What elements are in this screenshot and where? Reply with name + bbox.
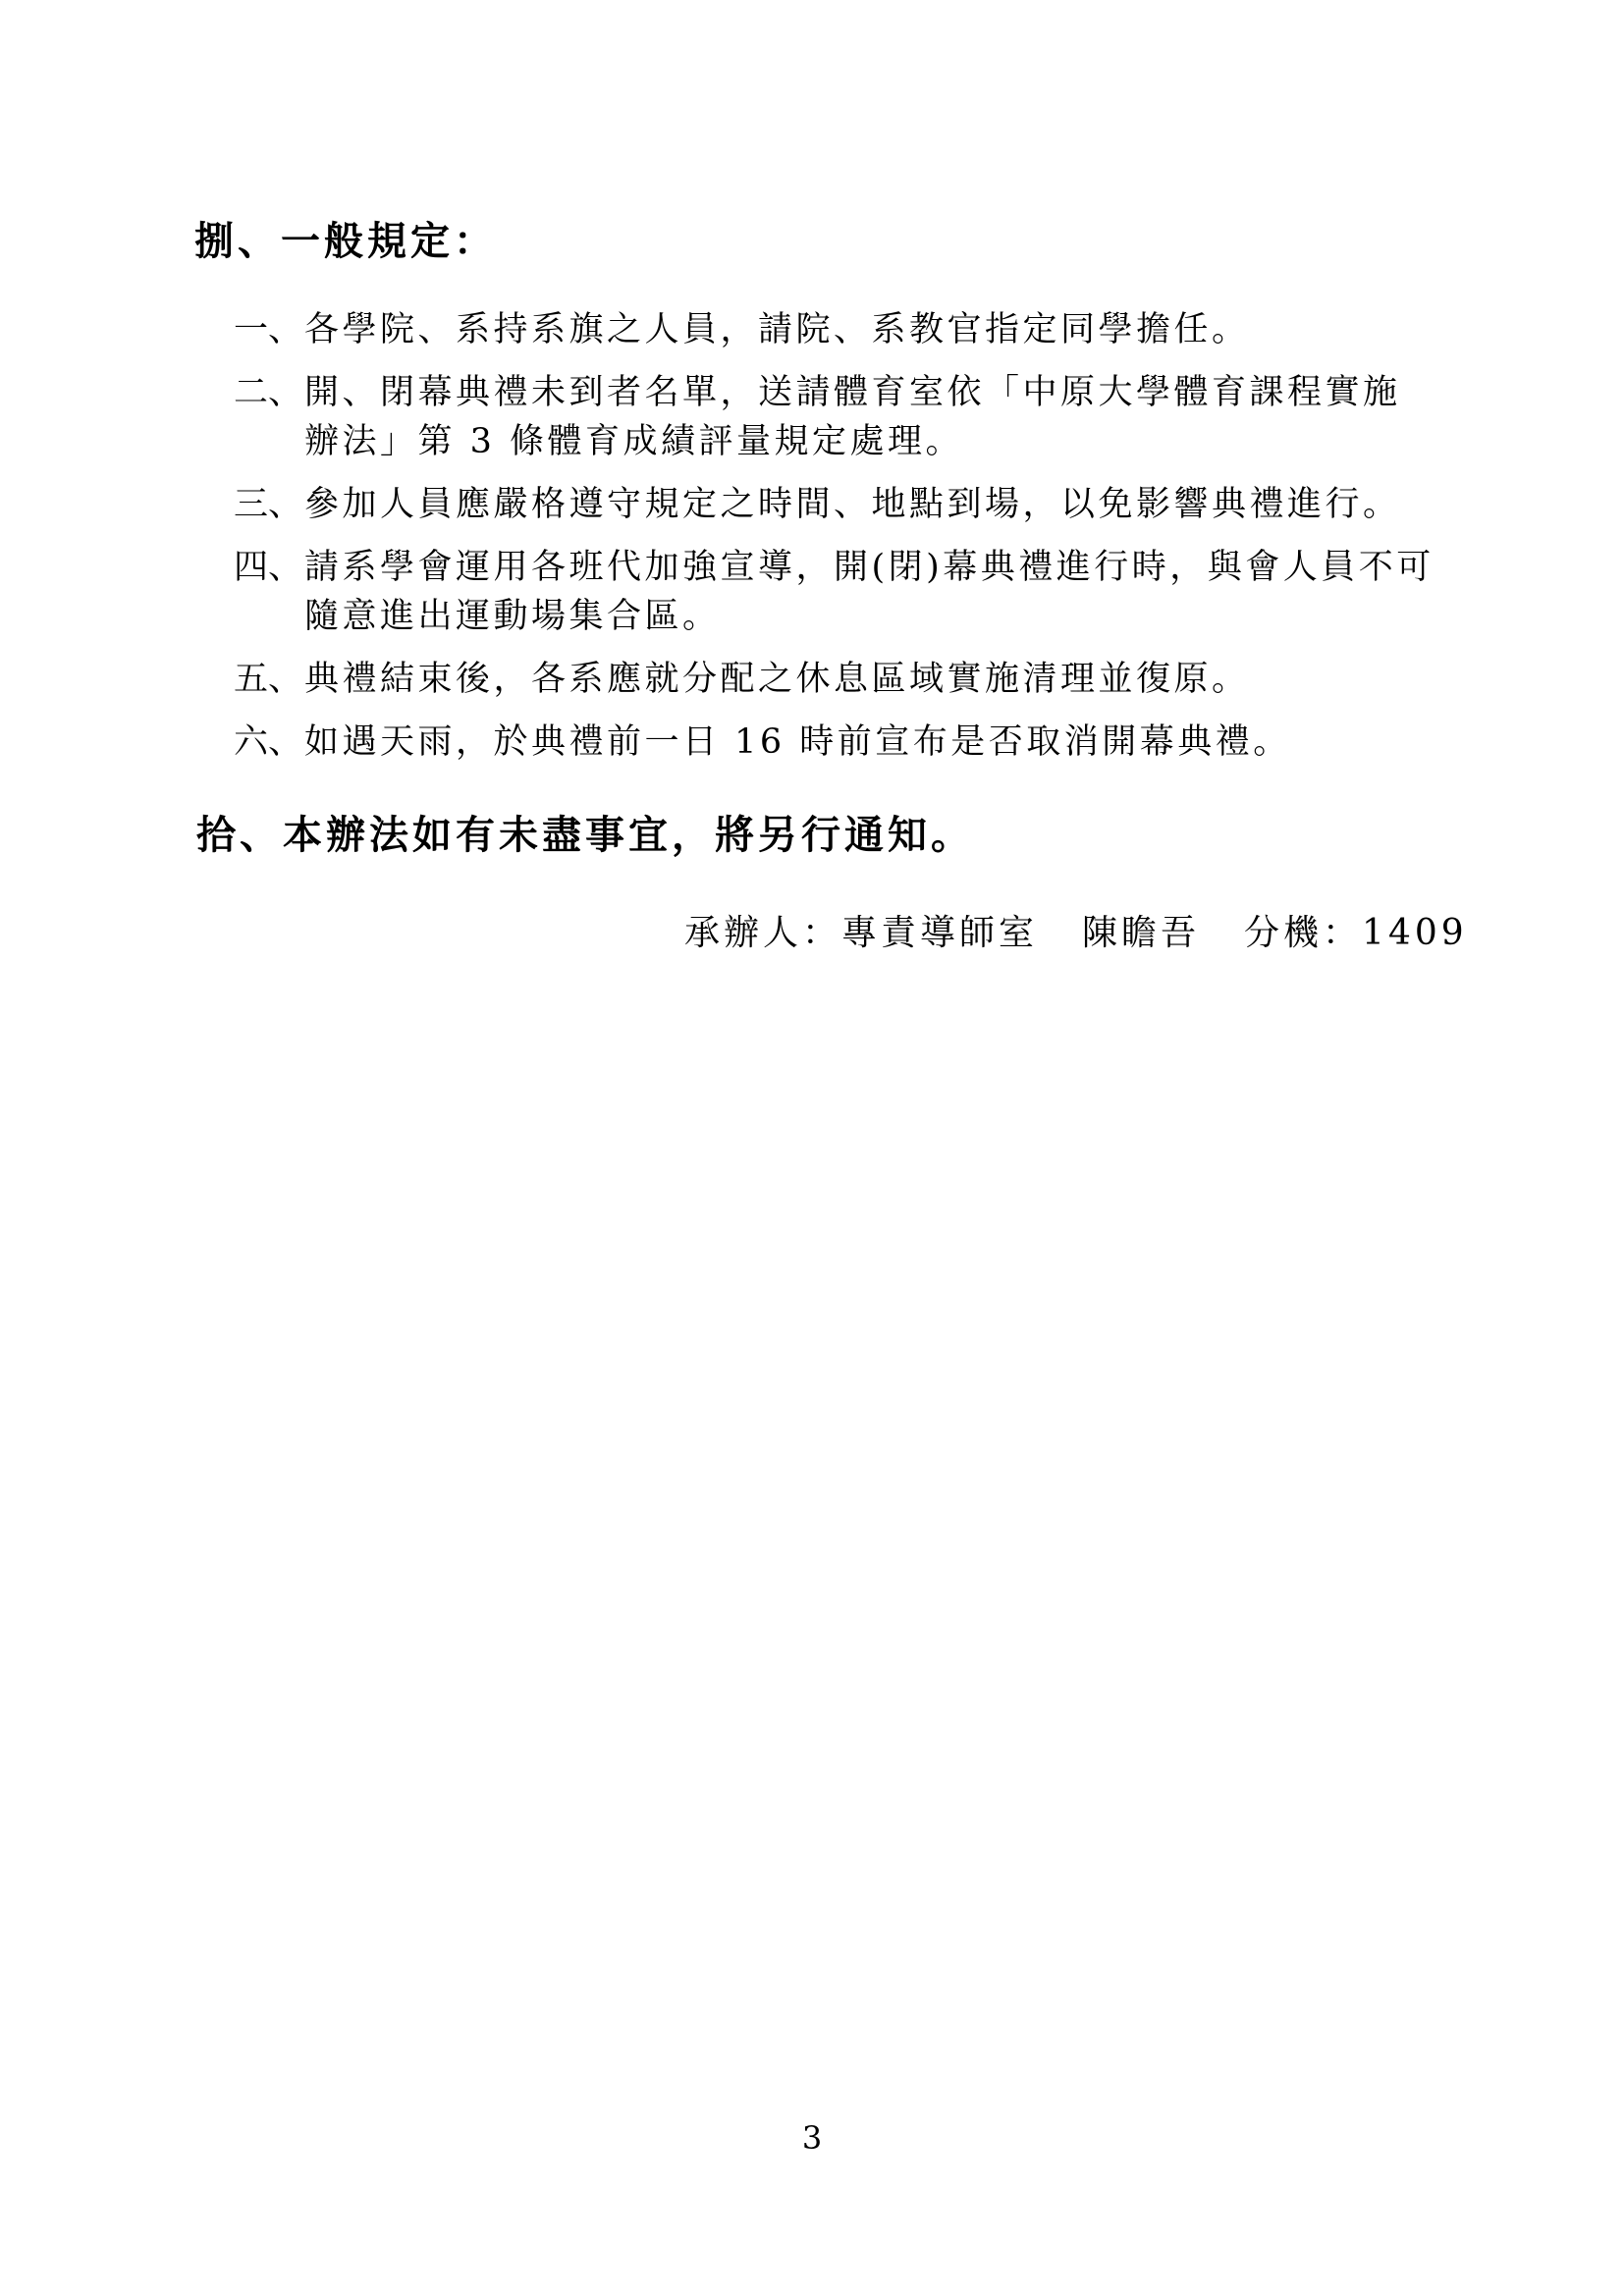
page-number: 3 [0,2120,1624,2156]
contact-person-name: 陳瞻吾 [1082,913,1200,953]
item-number: 六、 [234,718,304,767]
item-text: 請系學會運用各班代加強宣導，開(閉)幕典禮進行時，與會人員不可 隨意進出運動場集… [304,543,1435,641]
section-heading-final-note: 拾、本辦法如有未盡事宜，將另行通知。 [196,812,1624,859]
item-number: 五、 [234,655,304,704]
item-text-line: 隨意進出運動場集合區。 [304,592,1435,641]
item-text: 典禮結束後，各系應就分配之休息區域實施清理並復原。 [304,655,1250,704]
item-text-line: 各學院、系持系旗之人員，請院、系教官指定同學擔任。 [304,305,1250,354]
list-item: 四、 請系學會運用各班代加強宣導，開(閉)幕典禮進行時，與會人員不可 隨意進出運… [234,543,1624,641]
item-number: 四、 [234,543,304,641]
list-item: 三、 參加人員應嚴格遵守規定之時間、地點到場，以免影響典禮進行。 [234,480,1624,529]
item-text: 如遇天雨，於典禮前一日 16 時前宣布是否取消開幕典禮。 [304,718,1291,767]
item-number: 一、 [234,305,304,354]
contact-office: 承辦人：專責導師室 [684,913,1038,953]
item-text-line: 如遇天雨，於典禮前一日 16 時前宣布是否取消開幕典禮。 [304,718,1291,767]
list-item: 一、 各學院、系持系旗之人員，請院、系教官指定同學擔任。 [234,305,1624,354]
item-text-line: 請系學會運用各班代加強宣導，開(閉)幕典禮進行時，與會人員不可 [304,543,1435,592]
list-item: 五、 典禮結束後，各系應就分配之休息區域實施清理並復原。 [234,655,1624,704]
item-number: 三、 [234,480,304,529]
list-item: 二、 開、閉幕典禮未到者名單，送請體育室依「中原大學體育課程實施 辦法」第 3 … [234,368,1624,466]
item-text: 各學院、系持系旗之人員，請院、系教官指定同學擔任。 [304,305,1250,354]
item-text-line: 開、閉幕典禮未到者名單，送請體育室依「中原大學體育課程實施 [304,368,1401,417]
item-text-line: 辦法」第 3 條體育成績評量規定處理。 [304,417,1401,466]
document-content: 捌、一般規定： 一、 各學院、系持系旗之人員，請院、系教官指定同學擔任。 二、 … [0,0,1624,958]
item-text: 參加人員應嚴格遵守規定之時間、地點到場，以免影響典禮進行。 [304,480,1401,529]
contact-extension-label: 分機： [1244,913,1362,953]
contact-extension-number: 1409 [1362,913,1468,953]
item-text: 開、閉幕典禮未到者名單，送請體育室依「中原大學體育課程實施 辦法」第 3 條體育… [304,368,1401,466]
contact-line: 承辦人：專責導師室陳瞻吾分機：1409 [684,909,1624,958]
item-number: 二、 [234,368,304,466]
item-text-line: 參加人員應嚴格遵守規定之時間、地點到場，以免影響典禮進行。 [304,480,1401,529]
item-text-line: 典禮結束後，各系應就分配之休息區域實施清理並復原。 [304,655,1250,704]
list-item: 六、 如遇天雨，於典禮前一日 16 時前宣布是否取消開幕典禮。 [234,718,1624,767]
document-page: 捌、一般規定： 一、 各學院、系持系旗之人員，請院、系教官指定同學擔任。 二、 … [0,0,1624,2296]
section-heading-general-rules: 捌、一般規定： [194,218,1624,265]
